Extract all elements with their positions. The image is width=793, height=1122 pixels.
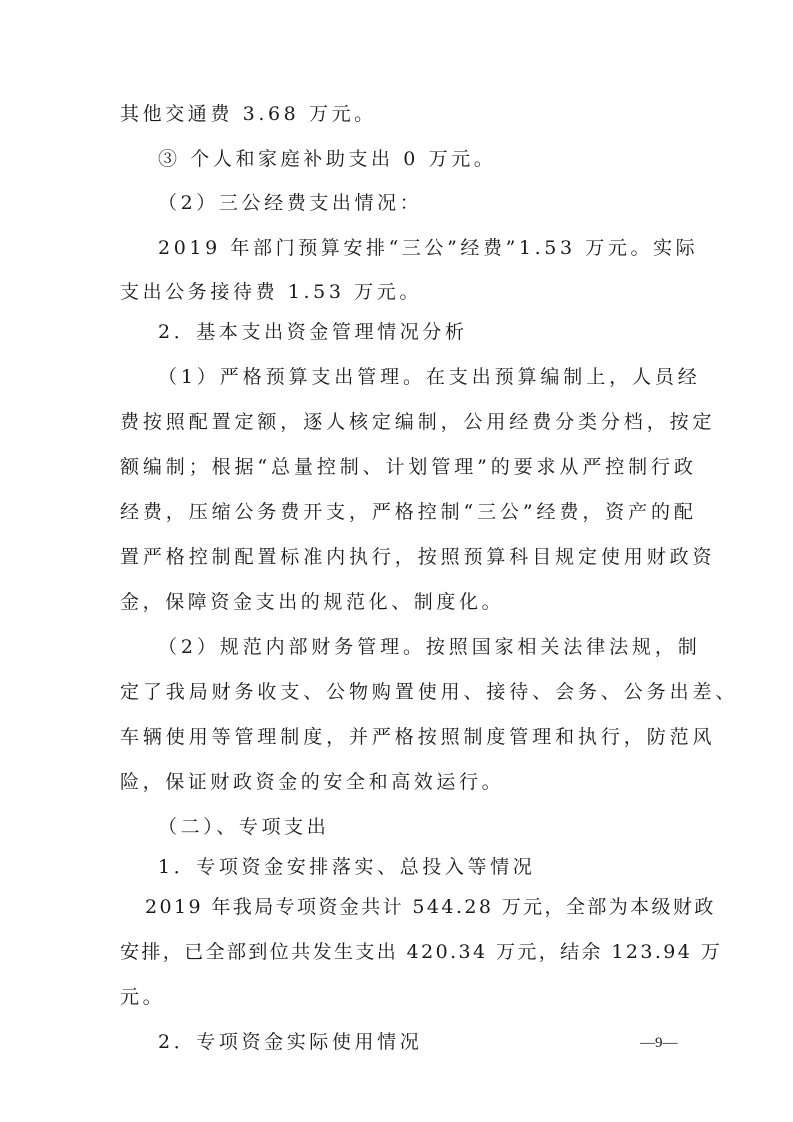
text-line: 经费，压缩公务费开支，严格控制“三公”经费，资产的配 [120, 500, 680, 524]
heading-sangong: （2）三公经费支出情况： [158, 191, 718, 215]
text-line-family-subsidy: ③ 个人和家庭补助支出 0 万元。 [158, 147, 718, 171]
text-line: 费按照配置定额，逐人核定编制，公用经费分类分档，按定 [120, 410, 680, 434]
text-line: 额编制；根据“总量控制、计划管理”的要求从严控制行政 [120, 455, 680, 479]
text-line: 金，保障资金支出的规范化、制度化。 [120, 590, 680, 614]
text-line-transport: 其他交通费 3.68 万元。 [120, 102, 680, 126]
text-line: 险，保证财政资金的安全和高效运行。 [120, 770, 680, 794]
text-line: （1）严格预算支出管理。在支出预算编制上，人员经 [158, 365, 718, 389]
heading-special-funds-usage: 2．专项资金实际使用情况 [158, 1030, 718, 1054]
text-line: 支出公务接待费 1.53 万元。 [120, 280, 680, 304]
text-line: 安排，已全部到位共发生支出 420.34 万元，结余 123.94 万 [120, 940, 680, 964]
text-line: 元。 [120, 985, 680, 1009]
text-line: 2019 年我局专项资金共计 544.28 万元，全部为本级财政 [145, 895, 705, 919]
page-number: —9— [640, 1035, 678, 1052]
text-line: （2）规范内部财务管理。按照国家相关法律法规，制 [158, 635, 718, 659]
heading-special-funds-arrangement: 1．专项资金安排落实、总投入等情况 [158, 855, 718, 879]
heading-basic-expenditure-analysis: 2．基本支出资金管理情况分析 [158, 320, 718, 344]
text-line: 车辆使用等管理制度，并严格按照制度管理和执行，防范风 [120, 725, 680, 749]
heading-special-expenditure: （二）、专项支出 [158, 815, 718, 839]
text-line: 2019 年部门预算安排“三公”经费”1.53 万元。实际 [158, 236, 718, 260]
text-line: 置严格控制配置标准内执行，按照预算科目规定使用财政资 [120, 545, 680, 569]
text-line: 定了我局财务收支、公物购置使用、接待、会务、公务出差、 [120, 680, 680, 704]
